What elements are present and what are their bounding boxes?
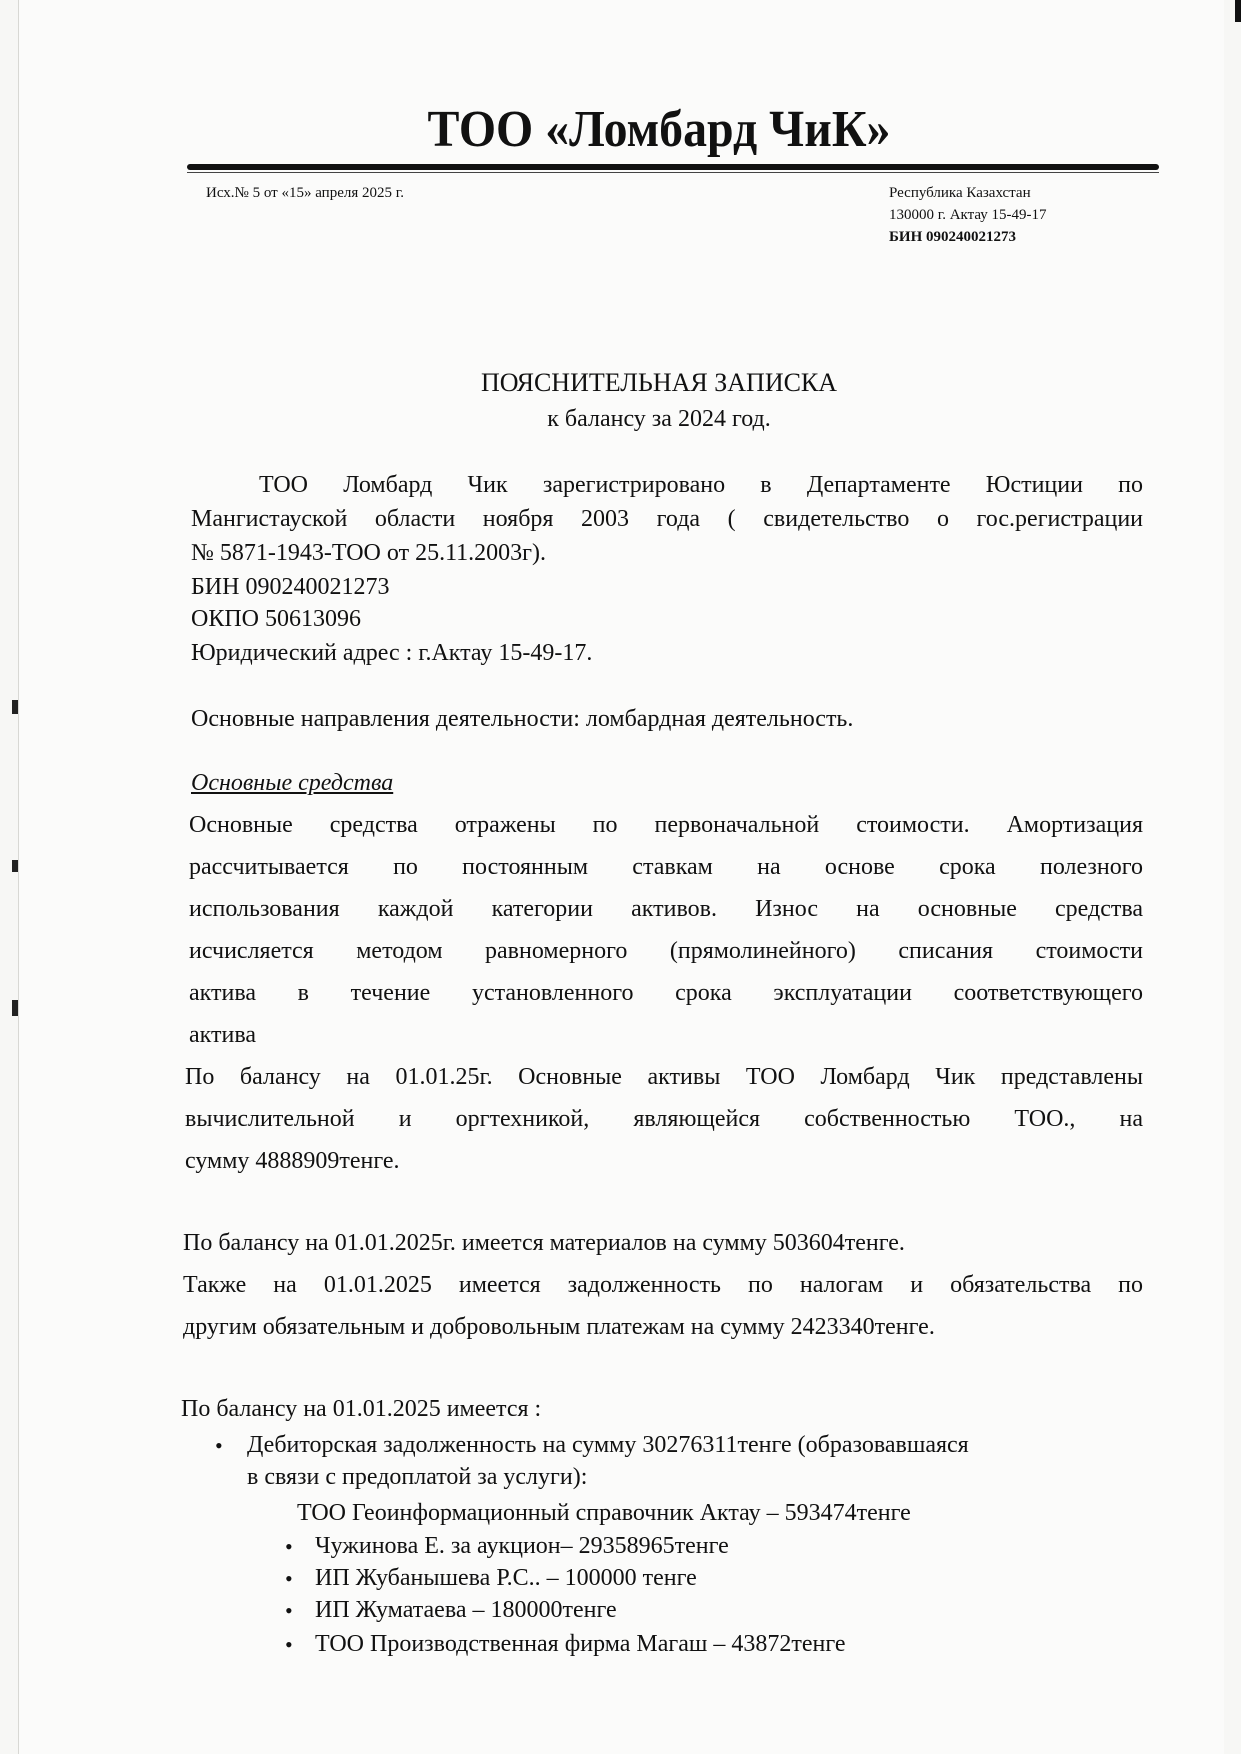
address-country: Республика Казахстан: [889, 185, 1031, 202]
document-page: ТОО «Ломбард ЧиК» Исх.№ 5 от «15» апреля…: [18, 0, 1224, 1754]
fixed-assets-heading: Основные средства: [191, 770, 393, 797]
fixed-assets-line-6: актива: [189, 1022, 256, 1049]
receivable-item-geoinfo: ТОО Геоинформационный справочник Актау –…: [297, 1500, 911, 1527]
address-city: 130000 г. Актау 15-49-17: [889, 207, 1047, 224]
company-okpo: ОКПО 50613096: [191, 606, 361, 633]
activity-line: Основные направления деятельности: ломба…: [191, 706, 853, 733]
letterhead-rule: [187, 164, 1159, 170]
registration-line-1: ТОО Ломбард Чик зарегистрировано в Депар…: [259, 472, 1143, 499]
bullet-icon: •: [285, 1632, 293, 1658]
balance-intro: По балансу на 01.01.2025 имеется :: [181, 1396, 541, 1423]
fixed-assets-line-4: исчисляется методом равномерного (прямол…: [189, 938, 1143, 965]
letterhead-rule-thin: [187, 172, 1159, 173]
receivable-item: ИП Жуматаева – 180000тенге: [315, 1597, 617, 1624]
company-name: ТОО «Ломбард ЧиК»: [70, 100, 1241, 159]
scan-edge-mark: [12, 700, 18, 714]
fixed-assets-line-1: Основные средства отражены по первоначал…: [189, 812, 1143, 839]
scan-edge-mark: [12, 1000, 18, 1016]
receivable-item: ТОО Производственная фирма Магаш – 43872…: [315, 1631, 846, 1658]
legal-address: Юридический адрес : г.Актау 15-49-17.: [191, 640, 592, 667]
receivables-line-2: в связи с предоплатой за услуги):: [247, 1464, 587, 1491]
receivable-item: Чужинова Е. за аукцион– 29358965тенге: [315, 1533, 729, 1560]
registration-line-3: № 5871-1943-ТОО от 25.11.2003г).: [191, 540, 546, 567]
document-subtitle: к балансу за 2024 год.: [19, 406, 1241, 433]
fixed-assets-balance-line-2: вычислительной и оргтехникой, являющейся…: [185, 1106, 1143, 1133]
bullet-icon: •: [215, 1433, 223, 1459]
address-bin: БИН 090240021273: [889, 229, 1016, 246]
materials-line: По балансу на 01.01.2025г. имеется матер…: [183, 1230, 905, 1257]
tax-debt-line-1: Также на 01.01.2025 имеется задолженност…: [183, 1272, 1143, 1299]
bullet-icon: •: [285, 1598, 293, 1624]
scan-edge-mark: [12, 860, 18, 872]
bullet-icon: •: [285, 1534, 293, 1560]
company-bin: БИН 090240021273: [191, 574, 389, 601]
fixed-assets-line-3: использования каждой категории активов. …: [189, 896, 1143, 923]
document-title: ПОЯСНИТЕЛЬНАЯ ЗАПИСКА: [19, 368, 1241, 398]
scan-corner-mark: [1235, 0, 1241, 22]
fixed-assets-line-2: рассчитывается по постоянным ставкам на …: [189, 854, 1143, 881]
receivables-line-1: Дебиторская задолженность на сумму 30276…: [247, 1432, 969, 1459]
registration-line-2: Мангистауской области ноября 2003 года (…: [191, 506, 1143, 533]
outgoing-reference: Исх.№ 5 от «15» апреля 2025 г.: [206, 185, 404, 202]
bullet-icon: •: [285, 1566, 293, 1592]
fixed-assets-line-5: актива в течение установленного срока эк…: [189, 980, 1143, 1007]
receivable-item: ИП Жубанышева Р.С.. – 100000 тенге: [315, 1565, 697, 1592]
fixed-assets-balance-line-1: По балансу на 01.01.25г. Основные активы…: [185, 1064, 1143, 1091]
tax-debt-line-2: другим обязательным и добровольным плате…: [183, 1314, 935, 1341]
fixed-assets-balance-line-3: сумму 4888909тенге.: [185, 1148, 400, 1175]
